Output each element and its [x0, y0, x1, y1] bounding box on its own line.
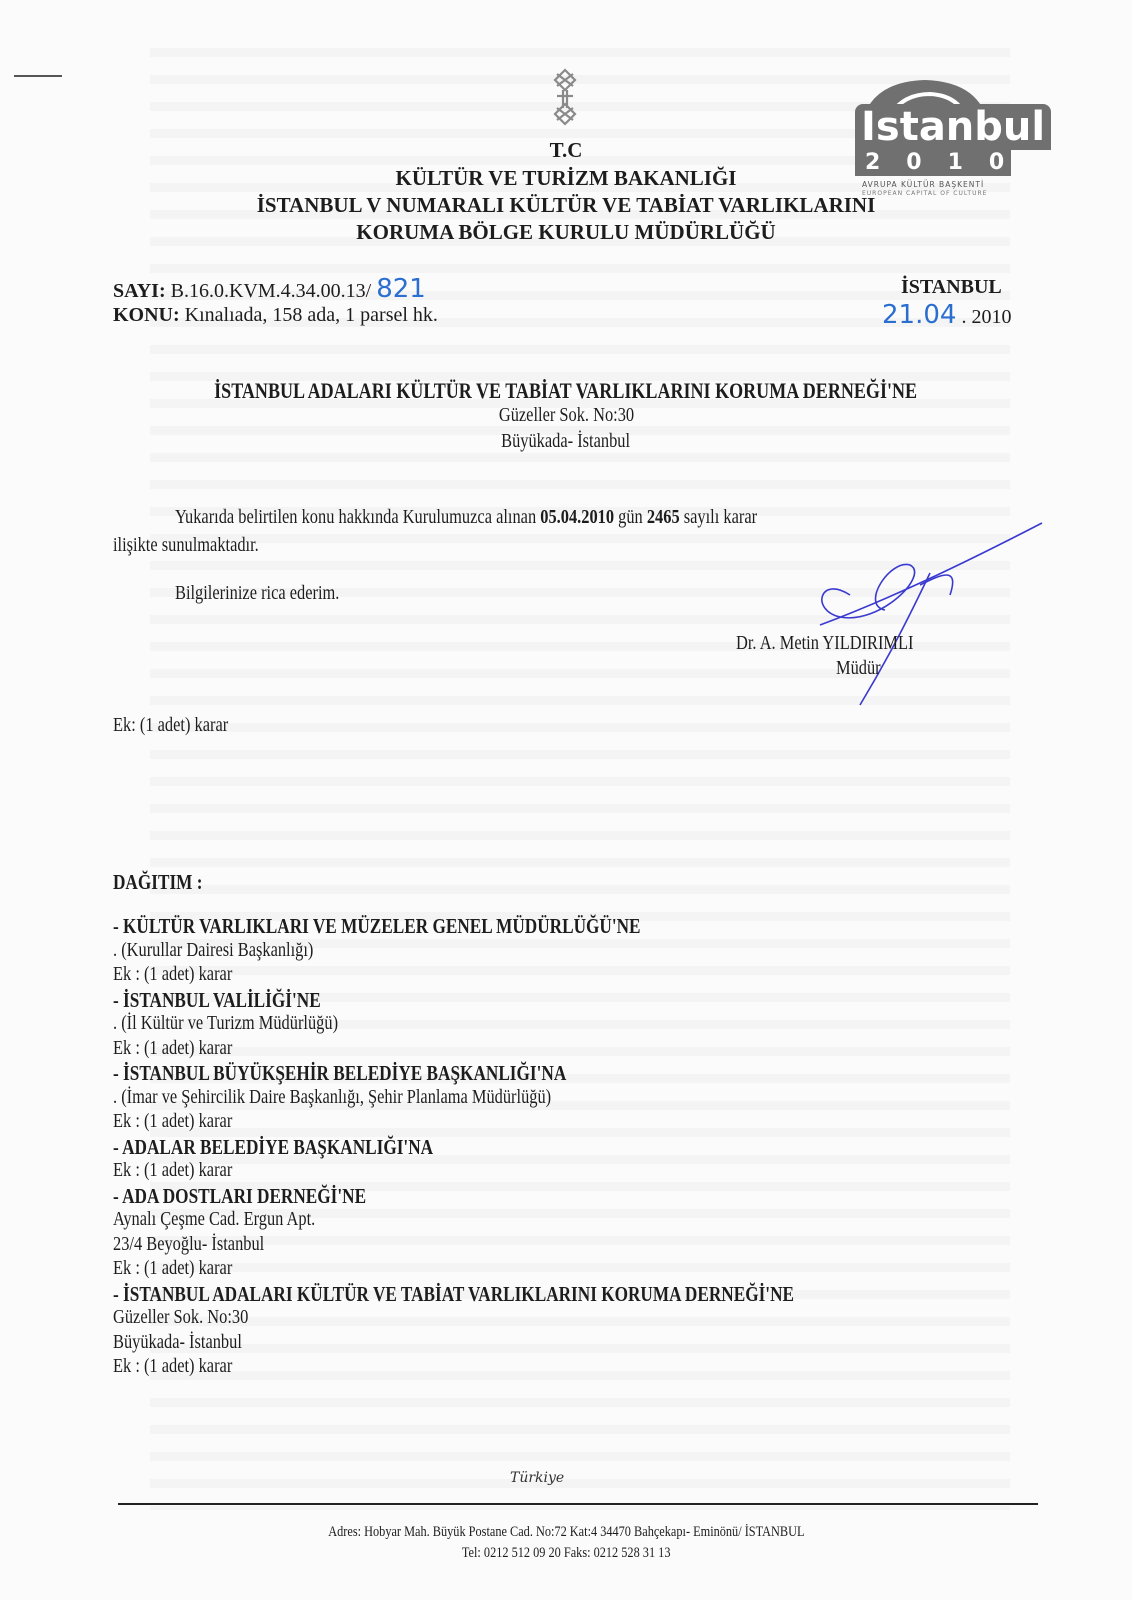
distribution-recipient: - İSTANBUL ADALARI KÜLTÜR VE TABİAT VARL… — [113, 1282, 943, 1307]
city: İSTANBUL — [901, 276, 1002, 299]
decision-date: 05.04.2010 — [540, 506, 614, 528]
distribution-recipient: - İSTANBUL BÜYÜKŞEHİR BELEDİYE BAŞKANLIĞ… — [113, 1061, 666, 1086]
distribution-detail-line: 23/4 Beyoğlu- İstanbul — [113, 1233, 297, 1256]
konu-line: KONU: Kınalıada, 158 ada, 1 parsel hk. — [113, 304, 438, 327]
distribution-title: DAĞITIM : — [113, 870, 222, 895]
header-ministry: KÜLTÜR VE TURİZM BAKANLIĞI — [0, 166, 1132, 191]
sayi-line: SAYI: B.16.0.KVM.4.34.00.13/ 821 — [113, 274, 426, 304]
signer-name: Dr. A. Metin YILDIRIMLI — [736, 632, 952, 655]
distribution-detail-line: Aynalı Çeşme Cad. Ergun Apt. — [113, 1208, 360, 1231]
attachment-note: Ek: (1 adet) karar — [113, 714, 253, 737]
date-line: 21.04 . 2010 — [882, 300, 1011, 330]
distribution-detail-line: . (Kurullar Dairesi Başkanlığı) — [113, 939, 357, 962]
footer-divider — [118, 1503, 1038, 1505]
distribution-detail-line: . (İmar ve Şehircilik Daire Başkanlığı, … — [113, 1086, 647, 1109]
distribution-recipient: - ADALAR BELEDİYE BAŞKANLIĞI'NA — [113, 1135, 503, 1160]
addressee-address2: Büyükada- İstanbul — [0, 430, 1132, 453]
addressee-address1: Güzeller Sok. No:30 — [0, 404, 1132, 427]
konu-value: Kınalıada, 158 ada, 1 parsel hk. — [185, 304, 438, 326]
distribution-detail-line: Güzeller Sok. No:30 — [113, 1306, 278, 1329]
distribution-recipient: - ADA DOSTLARI DERNEĞİ'NE — [113, 1184, 422, 1209]
date-handwritten: 21.04 — [882, 300, 956, 330]
signer-title: Müdür — [836, 657, 890, 680]
distribution-detail-line: Ek : (1 adet) karar — [113, 1037, 258, 1060]
document-page: Istanbul 2010 AVRUPA KÜLTÜR BAŞKENTİ EUR… — [0, 0, 1132, 1600]
decision-number: 2465 — [647, 506, 680, 528]
distribution-detail-line: Ek : (1 adet) karar — [113, 963, 258, 986]
konu-label: KONU: — [113, 304, 180, 326]
turkiye-logo: Türkiye — [510, 1470, 564, 1486]
header-board-line1: İSTANBUL V NUMARALI KÜLTÜR VE TABİAT VAR… — [0, 193, 1132, 218]
footer-contact: Tel: 0212 512 09 20 Faks: 0212 528 31 13 — [0, 1545, 1132, 1562]
date-suffix: . 2010 — [961, 306, 1011, 328]
sayi-handwritten: 821 — [376, 274, 426, 304]
closing-line: Bilgilerinize rica ederim. — [175, 582, 375, 605]
sayi-value: B.16.0.KVM.4.34.00.13/ — [171, 280, 372, 302]
header-tc: T.C — [0, 138, 1132, 163]
header-board-line2: KORUMA BÖLGE KURULU MÜDÜRLÜĞÜ — [0, 220, 1132, 245]
distribution-detail-line: Ek : (1 adet) karar — [113, 1159, 258, 1182]
body-paragraph-line1: Yukarıda belirtilen konu hakkında Kurulu… — [175, 506, 885, 529]
ottoman-knot-emblem-icon — [545, 68, 585, 126]
footer-address: Adres: Hobyar Mah. Büyük Postane Cad. No… — [0, 1524, 1132, 1541]
distribution-detail-line: Ek : (1 adet) karar — [113, 1257, 258, 1280]
body-paragraph-line2: ilişikte sunulmaktadır. — [113, 534, 291, 557]
addressee-name: İSTANBUL ADALARI KÜLTÜR VE TABİAT VARLIK… — [0, 378, 1132, 404]
signature-icon — [780, 515, 1050, 725]
distribution-detail-line: Ek : (1 adet) karar — [113, 1355, 258, 1378]
distribution-detail-line: Ek : (1 adet) karar — [113, 1110, 258, 1133]
margin-mark — [14, 75, 62, 77]
distribution-recipient: - KÜLTÜR VARLIKLARI VE MÜZELER GENEL MÜD… — [113, 914, 756, 939]
distribution-recipient: - İSTANBUL VALİLİĞİ'NE — [113, 988, 366, 1013]
distribution-detail-line: . (İl Kültür ve Turizm Müdürlüğü) — [113, 1012, 387, 1035]
distribution-detail-line: Büyükada- İstanbul — [113, 1331, 270, 1354]
sayi-label: SAYI: — [113, 280, 166, 302]
